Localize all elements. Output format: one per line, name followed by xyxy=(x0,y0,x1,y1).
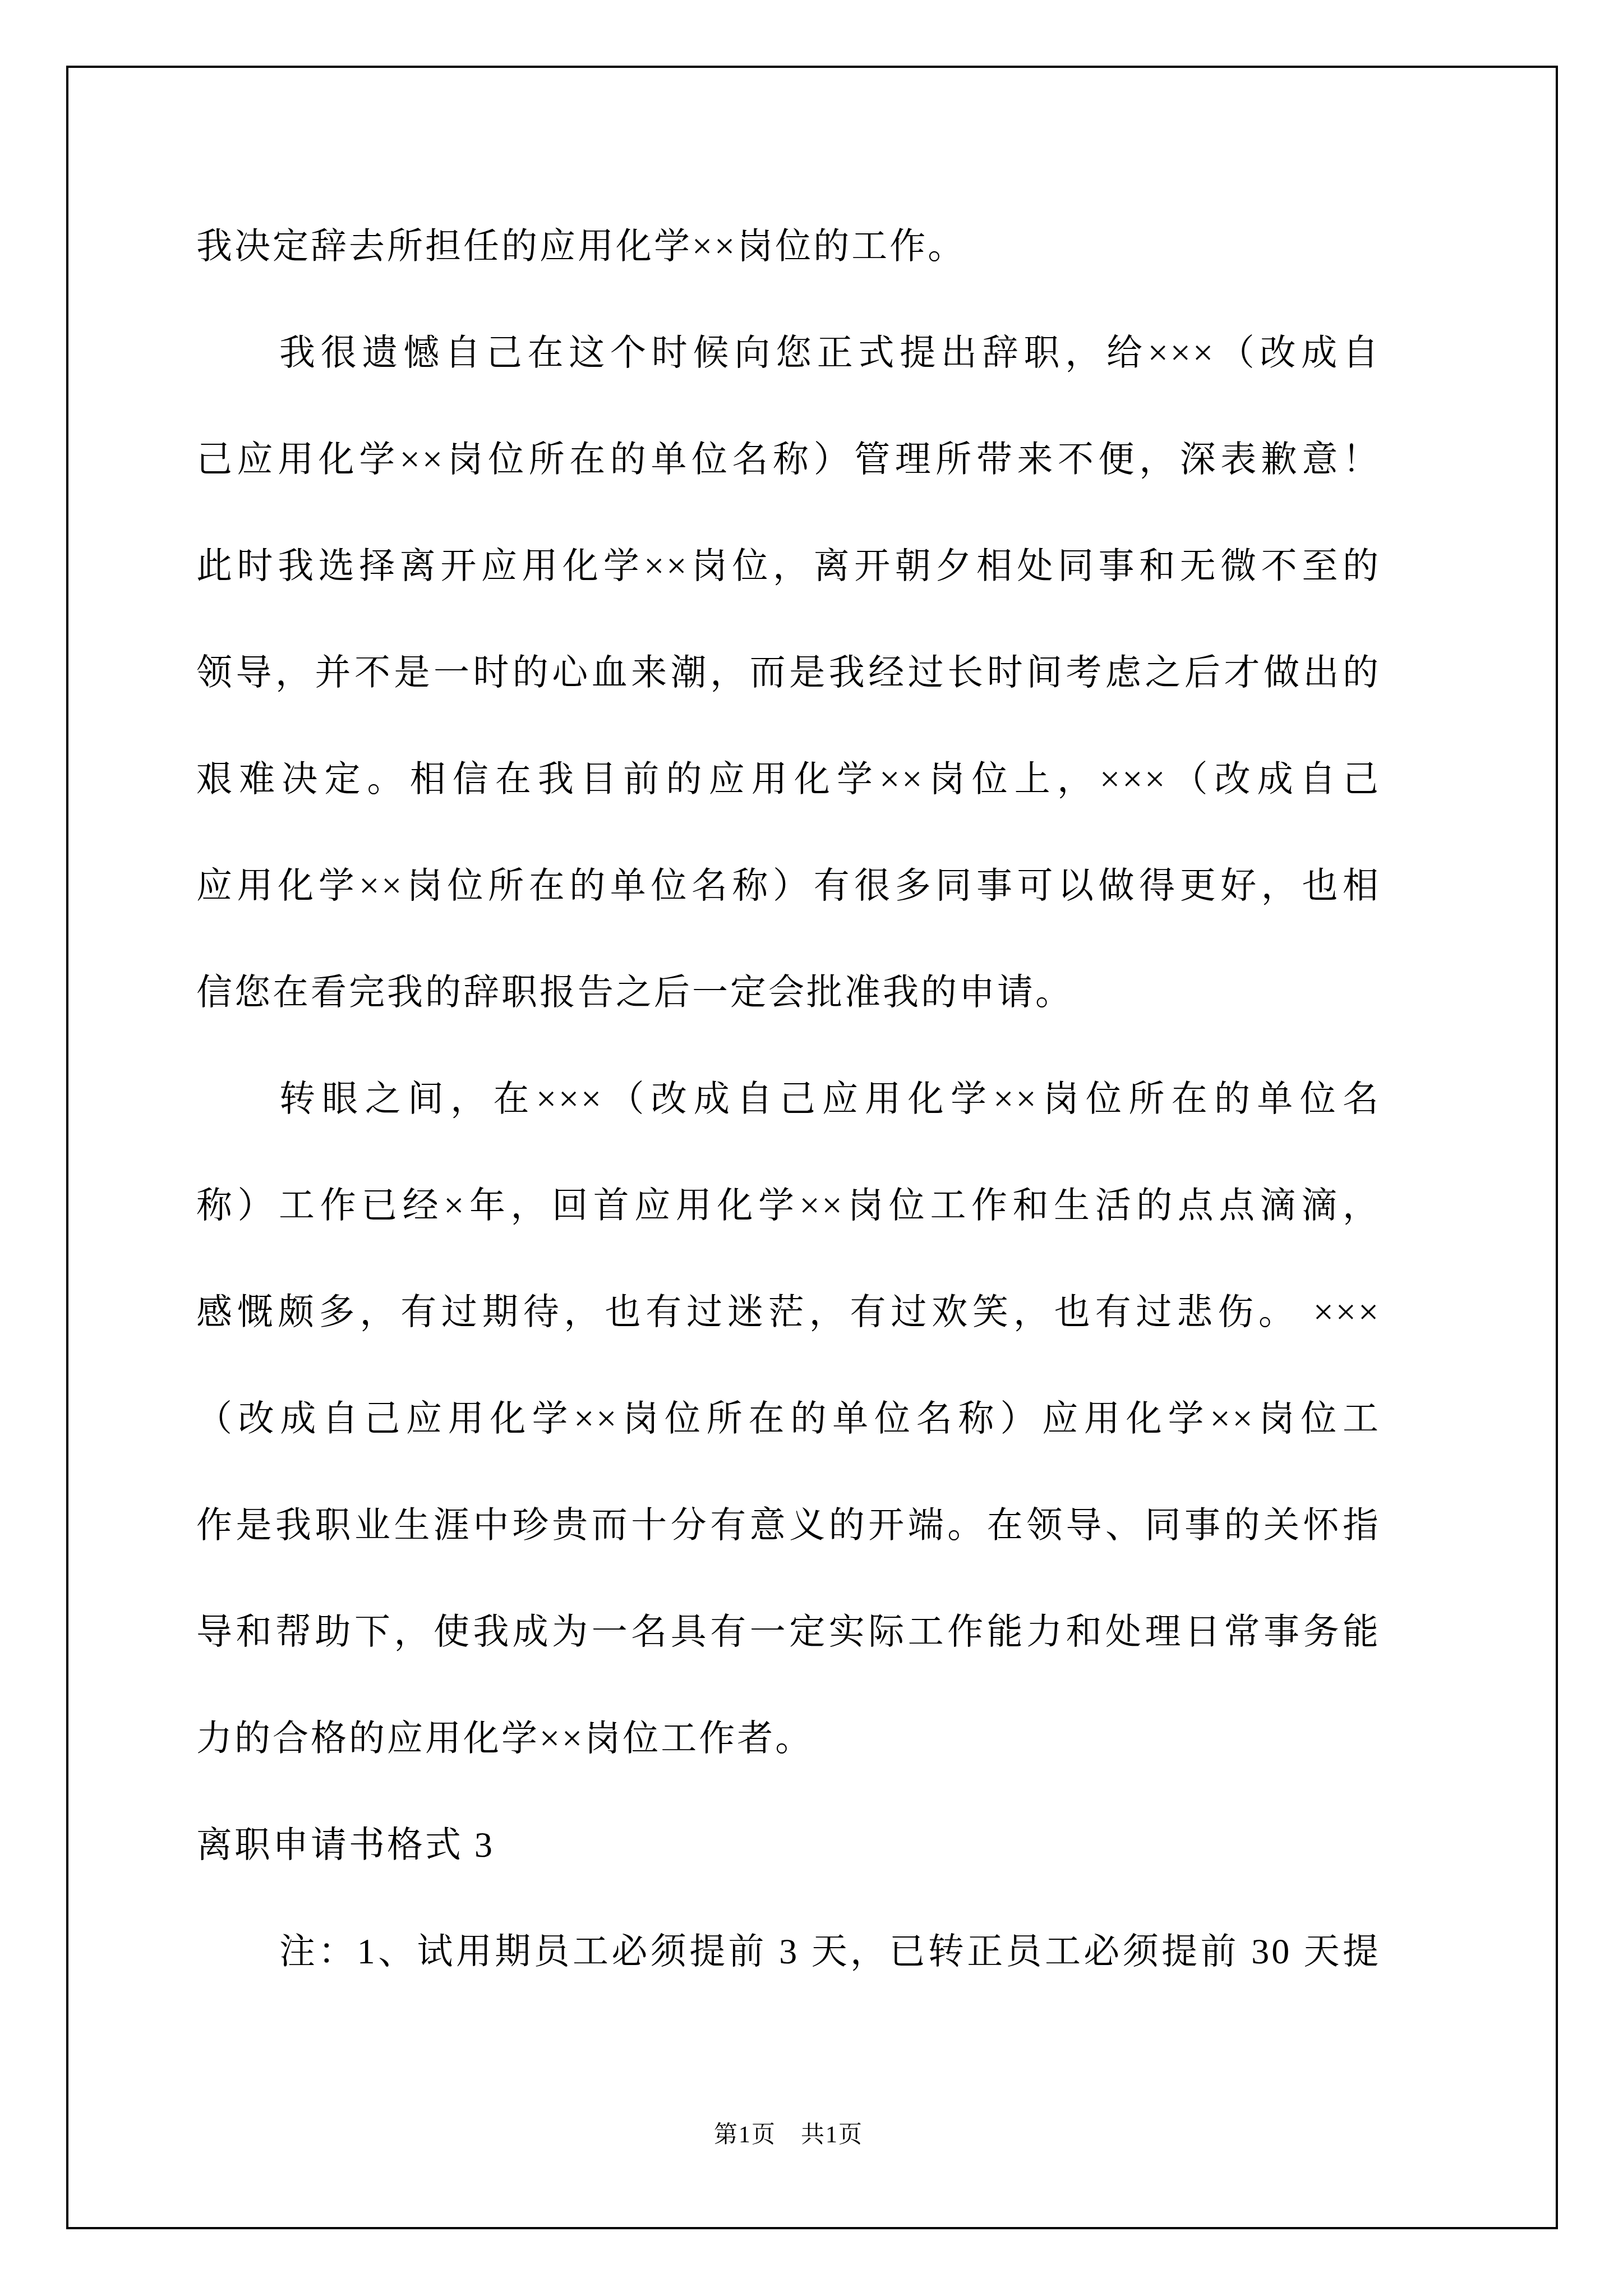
text-line: 作是我职业生涯中珍贵而十分有意义的开端。在领导、同事的关怀指 xyxy=(196,1472,1381,1579)
text-line: 称）工作已经×年，回首应用化学××岗位工作和生活的点点滴滴， xyxy=(196,1152,1381,1259)
text-line: 我决定辞去所担任的应用化学××岗位的工作。 xyxy=(196,193,1381,300)
section-heading-line: 离职申请书格式 3 xyxy=(196,1792,1381,1898)
text-line: 信您在看完我的辞职报告之后一定会批准我的申请。 xyxy=(196,939,1381,1046)
text-line: 转眼之间，在×××（改成自己应用化学××岗位所在的单位名 xyxy=(196,1046,1381,1152)
page-footer: 第1页 共1页 xyxy=(196,2118,1381,2152)
document-body: 我决定辞去所担任的应用化学××岗位的工作。 我很遗憾自己在这个时候向您正式提出辞… xyxy=(196,193,1381,2005)
document-page: 我决定辞去所担任的应用化学××岗位的工作。 我很遗憾自己在这个时候向您正式提出辞… xyxy=(0,0,1623,2296)
text-line: 注：1、试用期员工必须提前 3 天，已转正员工必须提前 30 天提 xyxy=(196,1898,1381,2005)
text-line: 己应用化学××岗位所在的单位名称）管理所带来不便，深表歉意！ xyxy=(196,406,1381,513)
text-line: 感慨颇多，有过期待，也有过迷茫，有过欢笑，也有过悲伤。 ××× xyxy=(196,1259,1381,1365)
text-line: 导和帮助下，使我成为一名具有一定实际工作能力和处理日常事务能 xyxy=(196,1579,1381,1685)
text-line: 领导，并不是一时的心血来潮，而是我经过长时间考虑之后才做出的 xyxy=(196,619,1381,726)
text-line: （改成自己应用化学××岗位所在的单位名称）应用化学××岗位工 xyxy=(196,1365,1381,1472)
text-line: 艰难决定。相信在我目前的应用化学××岗位上，×××（改成自己 xyxy=(196,726,1381,832)
text-line: 此时我选择离开应用化学××岗位，离开朝夕相处同事和无微不至的 xyxy=(196,513,1381,619)
text-line: 力的合格的应用化学××岗位工作者。 xyxy=(196,1685,1381,1792)
text-line: 我很遗憾自己在这个时候向您正式提出辞职，给×××（改成自 xyxy=(196,300,1381,406)
text-line: 应用化学××岗位所在的单位名称）有很多同事可以做得更好，也相 xyxy=(196,832,1381,939)
